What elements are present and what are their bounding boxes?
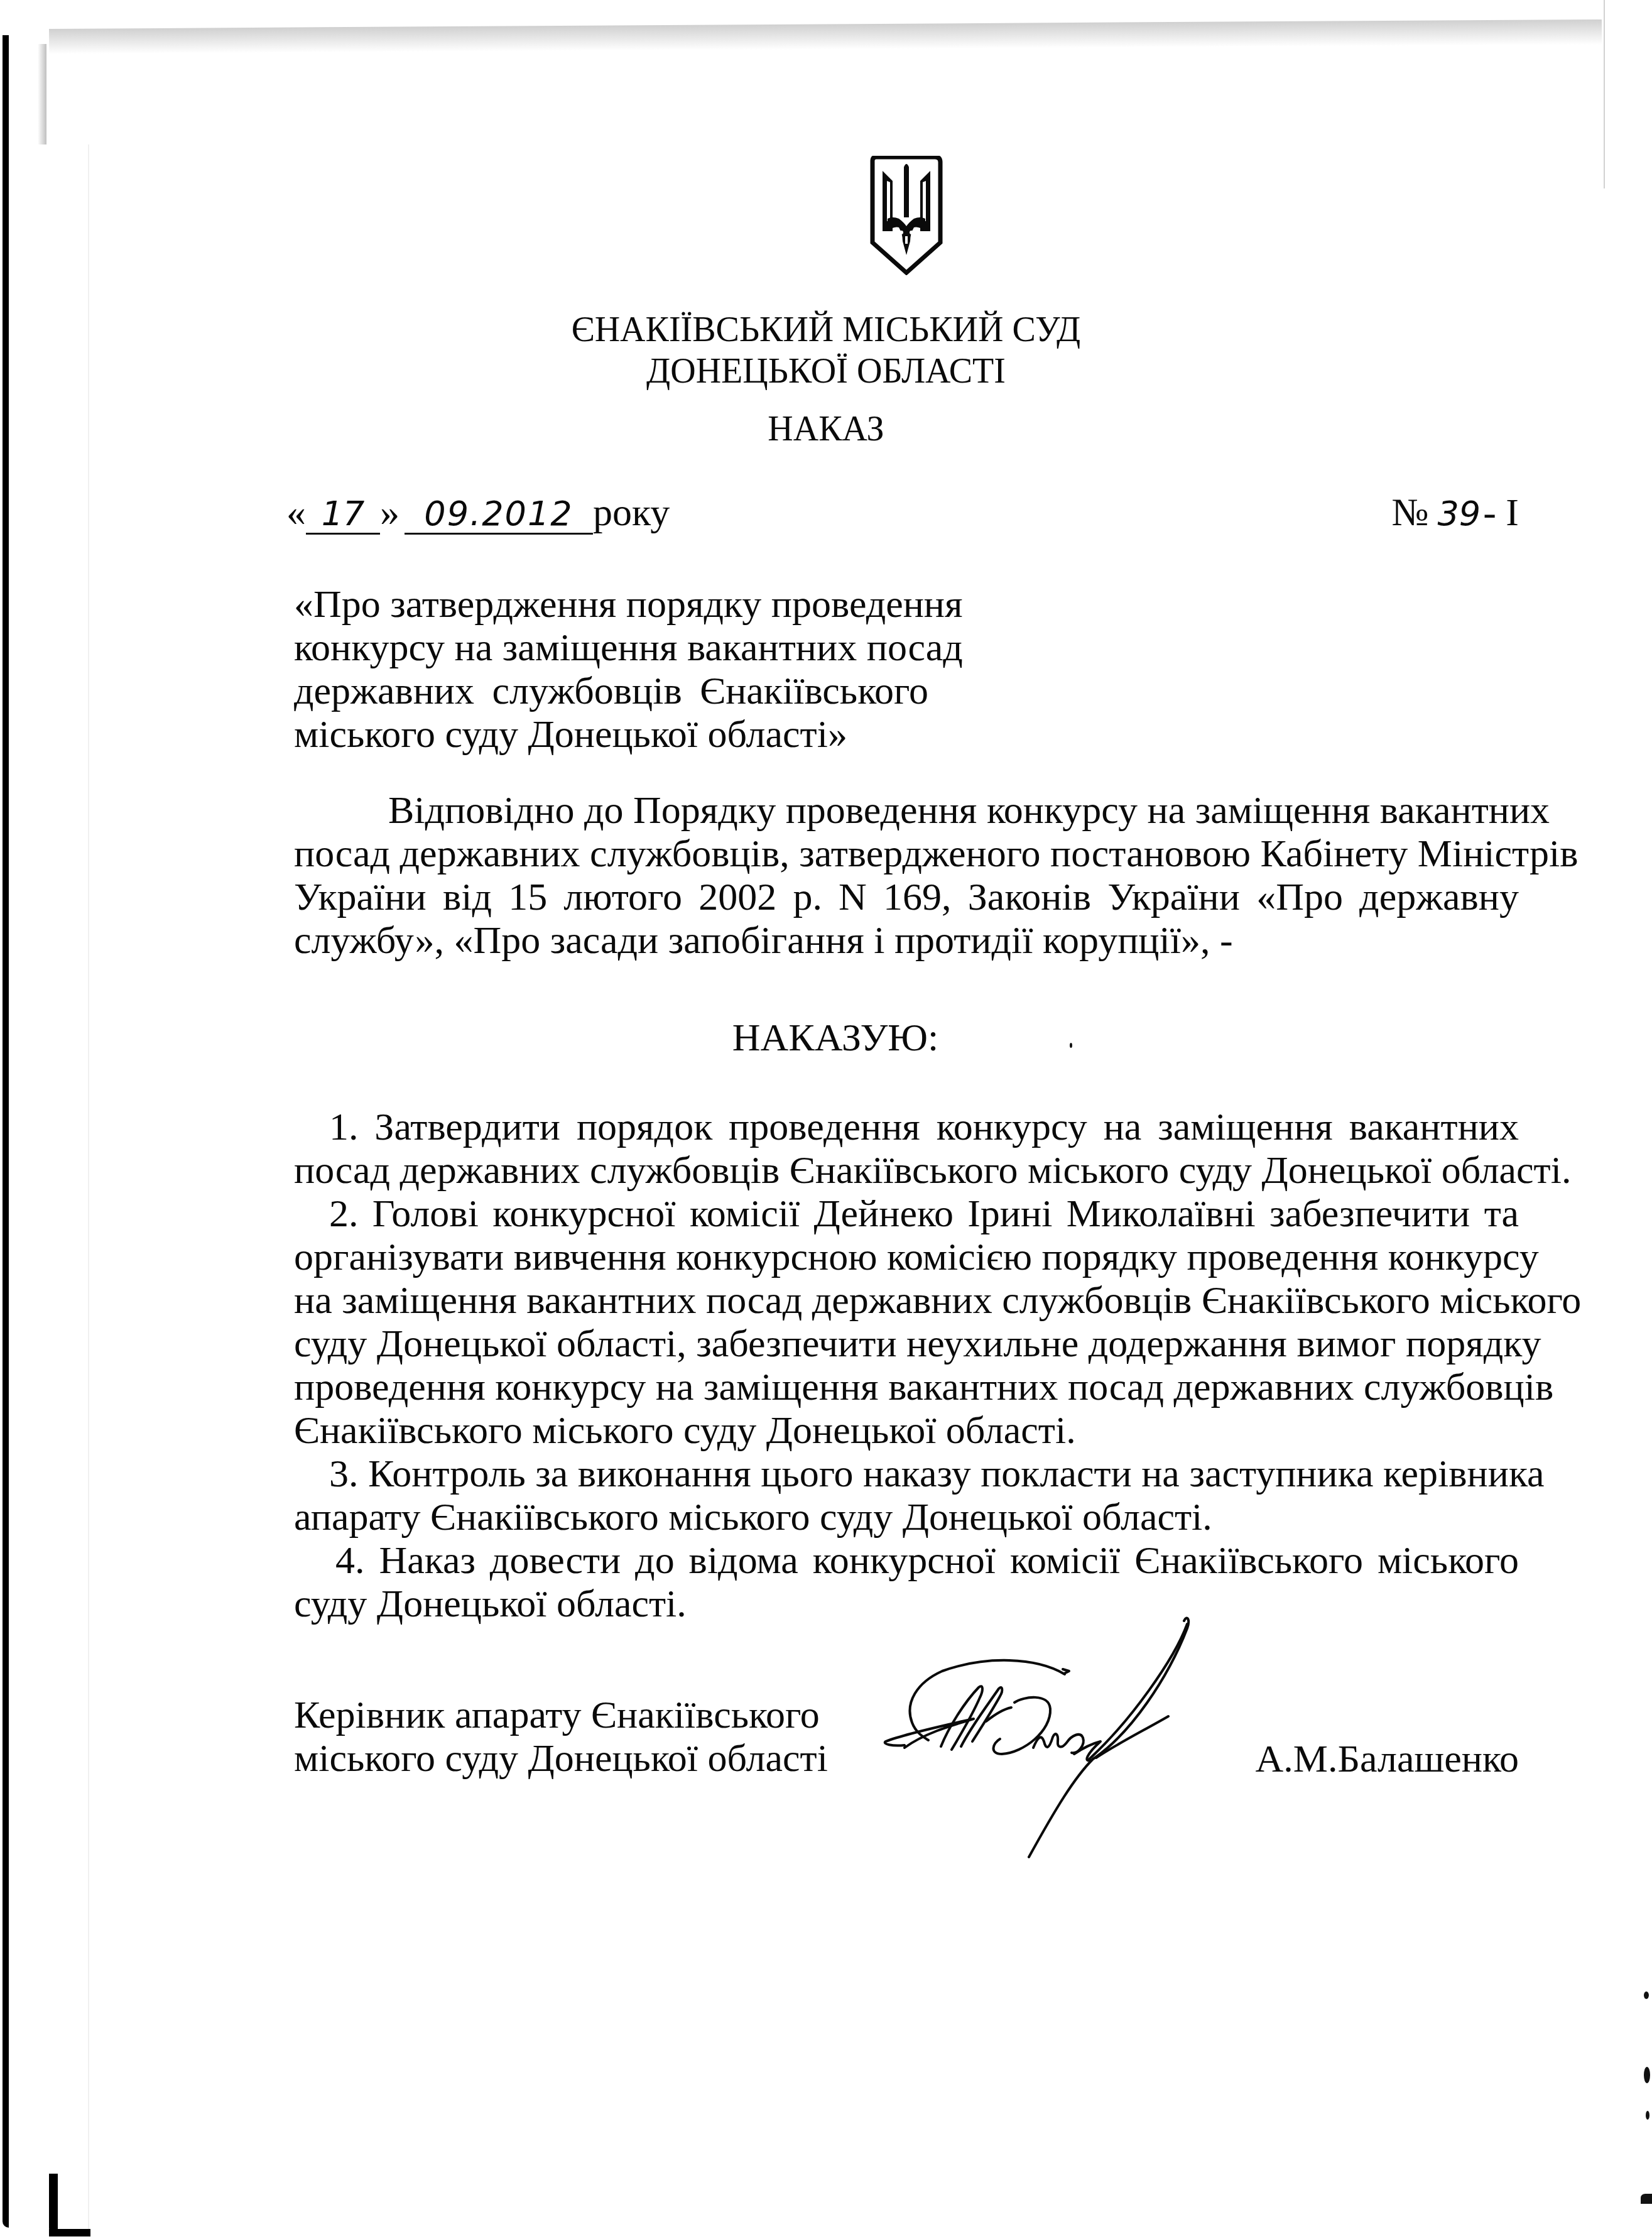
order-items: 1. Затвердити порядок проведення конкурс…: [294, 1106, 1519, 1626]
item-line: посад державних службовців Єнакіївського…: [294, 1149, 1519, 1192]
order-title: НАКАЗ: [0, 408, 1652, 450]
order-item-3: 3. Контроль за виконання цього наказу по…: [294, 1452, 1519, 1539]
item-line: проведення конкурсу на заміщення вакантн…: [294, 1366, 1519, 1409]
order-number-handwritten: 39: [1437, 494, 1481, 533]
trident-emblem-icon: [869, 156, 944, 275]
order-subject: «Про затвердження порядку проведення кон…: [294, 583, 928, 756]
subject-line: «Про затвердження порядку проведення: [294, 583, 928, 626]
date-day: 17: [306, 495, 380, 535]
item-line: 2. Голові конкурсної комісії Дейнеко Іри…: [294, 1192, 1519, 1236]
court-header: ЄНАКІЇВСЬКИЙ МІСЬКИЙ СУД ДОНЕЦЬКОЇ ОБЛАС…: [0, 309, 1652, 392]
item-line: 4. Наказ довести до відома конкурсної ко…: [294, 1539, 1519, 1583]
preamble-line: службу», «Про засади запобігання і проти…: [294, 919, 1519, 962]
date-suffix: року: [593, 491, 670, 534]
order-number: №39- I: [1391, 489, 1519, 538]
scan-speck: [1646, 2111, 1649, 2120]
scan-bottom-corner: [49, 2174, 58, 2236]
item-line: на заміщення вакантних посад державних с…: [294, 1279, 1519, 1322]
signer-position: Керівник апарату Єнакіївського міського …: [294, 1694, 828, 1780]
item-line: організувати вивчення конкурсною комісіє…: [294, 1236, 1519, 1279]
signer-position-line: Керівник апарату Єнакіївського: [294, 1694, 828, 1737]
order-number-suffix: - I: [1483, 491, 1519, 534]
scan-speck: [1644, 2067, 1650, 2083]
scan-page-shadow: [38, 44, 46, 144]
item-line: апарату Єнакіївського міського суду Доне…: [294, 1496, 1519, 1539]
subject-line: конкурсу на заміщення вакантних посад: [294, 626, 928, 670]
preamble-paragraph: Відповідно до Порядку проведення конкурс…: [294, 789, 1519, 962]
date-month-year: 09.2012: [405, 495, 593, 535]
signer-name: А.М.Балашенко: [1256, 1738, 1519, 1781]
order-number-prefix: №: [1391, 491, 1428, 534]
scan-speck: [1641, 2194, 1652, 2204]
subject-line: міського суду Донецької області»: [294, 713, 928, 756]
scan-fold-line: [88, 144, 89, 2230]
item-line: Єнакіївського міського суду Донецької об…: [294, 1409, 1519, 1452]
scan-right-edge: [1604, 0, 1605, 188]
preamble-line: посад державних службовців, затвердженог…: [294, 832, 1519, 876]
date-open-quote: «: [286, 491, 306, 534]
order-item-2: 2. Голові конкурсної комісії Дейнеко Іри…: [294, 1192, 1519, 1452]
item-line: 1. Затвердити порядок проведення конкурс…: [294, 1106, 1519, 1149]
order-item-1: 1. Затвердити порядок проведення конкурс…: [294, 1106, 1519, 1192]
subject-line: державних службовців Єнакіївського: [294, 670, 928, 713]
handwritten-signature-icon: [867, 1608, 1275, 1872]
scan-top-edge: [49, 19, 1602, 54]
court-region: ДОНЕЦЬКОЇ ОБЛАСТІ: [0, 351, 1652, 392]
scan-bottom-edge: [49, 2229, 90, 2236]
order-date-row: «17»09.2012року №39- I: [286, 489, 1519, 539]
signer-position-line: міського суду Донецької області: [294, 1737, 828, 1780]
decree-heading: НАКАЗУЮ:: [0, 1016, 1652, 1060]
scan-speck: [1644, 1991, 1649, 1999]
court-name: ЄНАКІЇВСЬКИЙ МІСЬКИЙ СУД: [0, 309, 1652, 351]
date-close-quote: »: [380, 491, 399, 534]
preamble-line: Відповідно до Порядку проведення конкурс…: [294, 789, 1519, 832]
item-line: суду Донецької області, забезпечити неух…: [294, 1322, 1519, 1366]
preamble-line: України від 15 лютого 2002 р. N 169, Зак…: [294, 876, 1519, 919]
item-line: 3. Контроль за виконання цього наказу по…: [294, 1452, 1519, 1496]
